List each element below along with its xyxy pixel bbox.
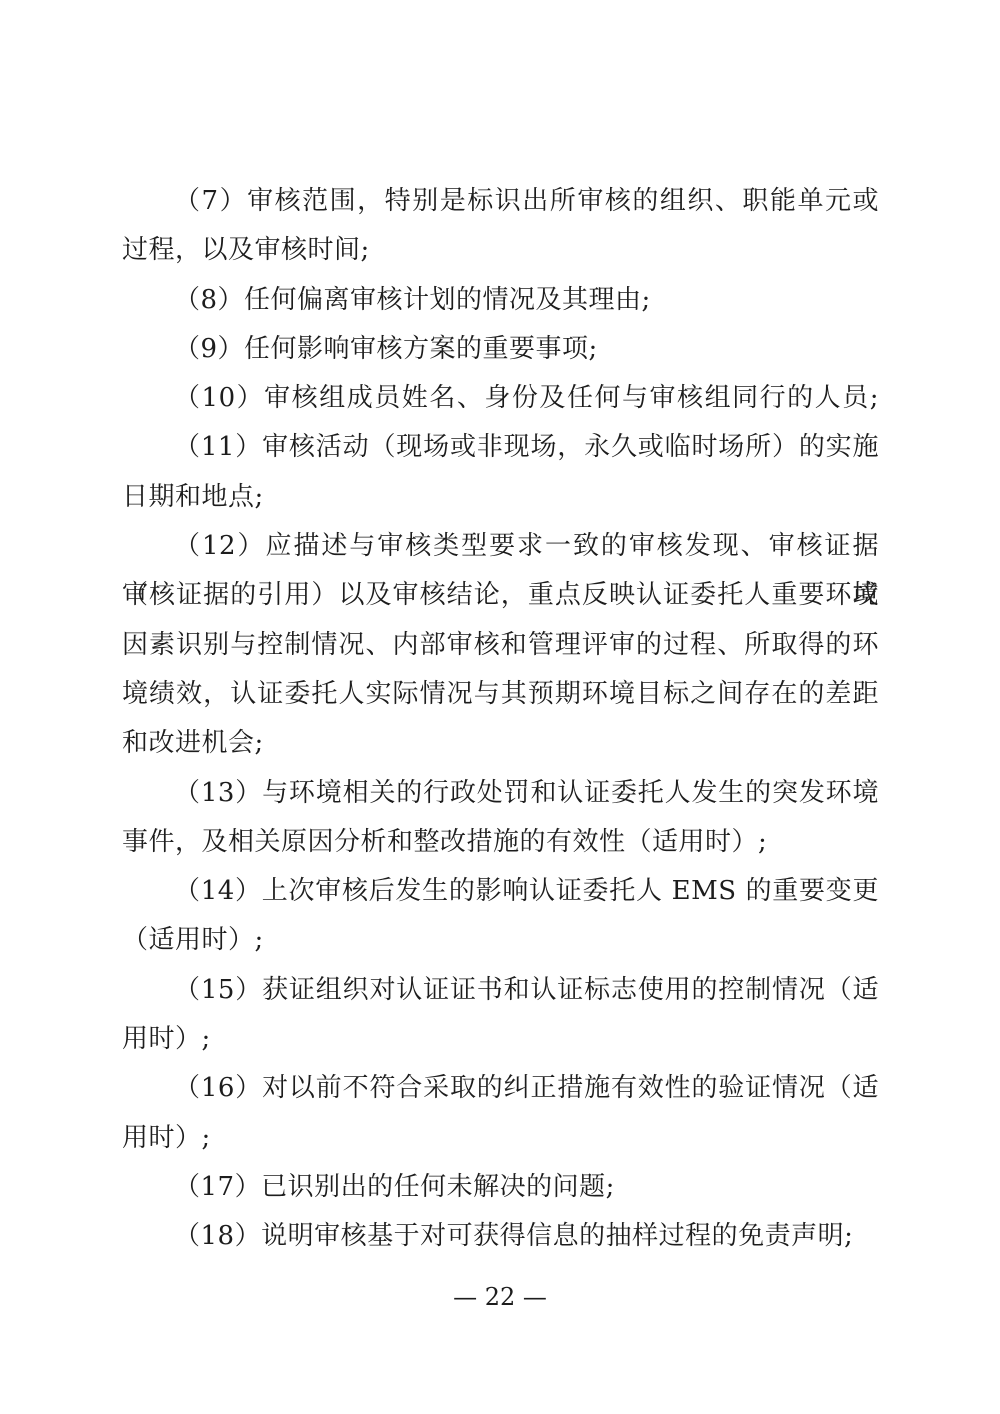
page-number: — 22 —: [0, 1281, 1000, 1313]
text-line: （12）应描述与审核类型要求一致的审核发现、审核证据（或: [122, 522, 879, 571]
text-line: 因素识别与控制情况、内部审核和管理评审的过程、所取得的环: [122, 621, 879, 670]
text-line: （10）审核组成员姓名、身份及任何与审核组同行的人员;: [122, 374, 879, 423]
text-line: 事件，及相关原因分析和整改措施的有效性（适用时）;: [122, 818, 879, 867]
text-line: （15）获证组织对认证证书和认证标志使用的控制情况（适: [122, 966, 879, 1015]
text-line: 和改进机会;: [122, 719, 879, 768]
text-line: （适用时）;: [122, 916, 879, 965]
text-line: 日期和地点;: [122, 473, 879, 522]
text-line: 用时）;: [122, 1015, 879, 1064]
text-line: 用时）;: [122, 1114, 879, 1163]
text-line: （17）已识别出的任何未解决的问题;: [122, 1163, 879, 1212]
text-line: （16）对以前不符合采取的纠正措施有效性的验证情况（适: [122, 1064, 879, 1113]
text-line: 过程，以及审核时间;: [122, 226, 879, 275]
document-page: （7）审核范围，特别是标识出所审核的组织、职能单元或过程，以及审核时间;（8）任…: [0, 0, 1000, 1414]
text-line: 审核证据的引用）以及审核结论，重点反映认证委托人重要环境: [122, 571, 879, 620]
text-line: （8）任何偏离审核计划的情况及其理由;: [122, 276, 879, 325]
text-line: （9）任何影响审核方案的重要事项;: [122, 325, 879, 374]
text-line: 境绩效，认证委托人实际情况与其预期环境目标之间存在的差距: [122, 670, 879, 719]
text-line: （18）说明审核基于对可获得信息的抽样过程的免责声明;: [122, 1212, 879, 1261]
text-line: （7）审核范围，特别是标识出所审核的组织、职能单元或: [122, 177, 879, 226]
text-line: （13）与环境相关的行政处罚和认证委托人发生的突发环境: [122, 769, 879, 818]
document-body: （7）审核范围，特别是标识出所审核的组织、职能单元或过程，以及审核时间;（8）任…: [122, 177, 879, 1262]
text-line: （14）上次审核后发生的影响认证委托人 EMS 的重要变更: [122, 867, 879, 916]
text-line: （11）审核活动（现场或非现场，永久或临时场所）的实施: [122, 423, 879, 472]
